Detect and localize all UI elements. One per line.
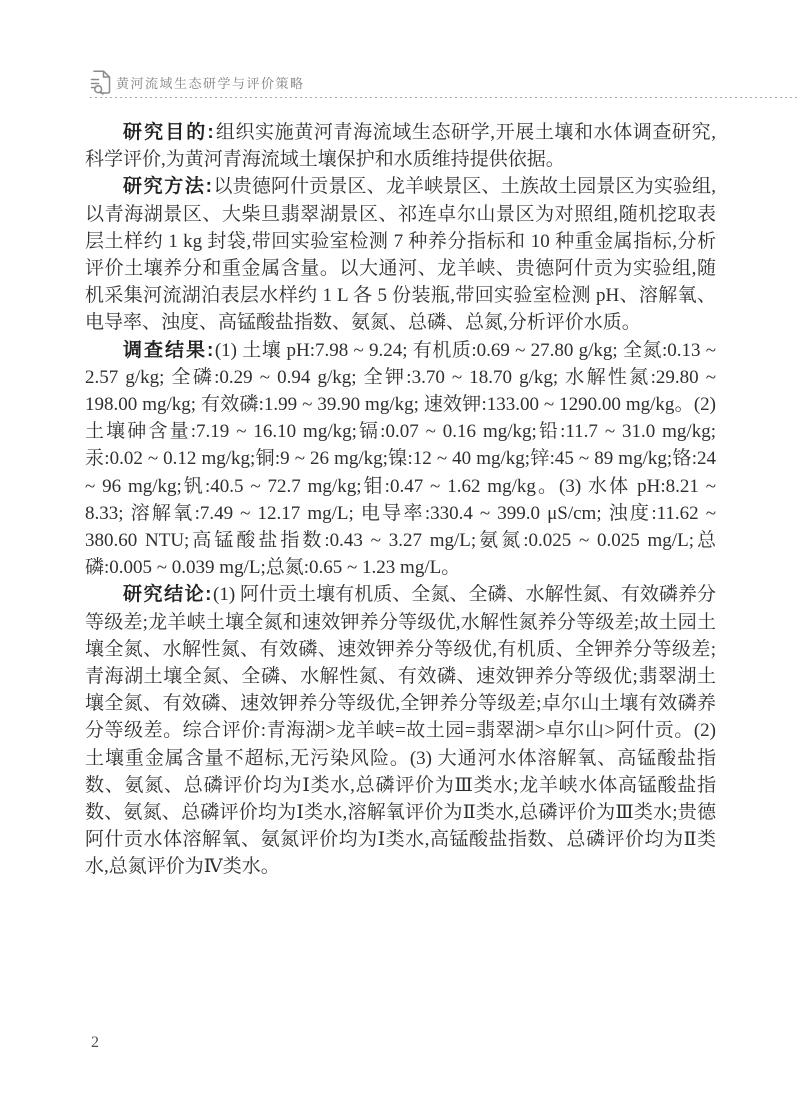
book-page: 黄河流域生态研学与评价策略 研究目的:组织实施黄河青海流域生态研学,开展土壤和水… (0, 0, 799, 1118)
abstract-body: 研究目的:组织实施黄河青海流域生态研学,开展土壤和水体调查研究,科学评价,为黄河… (85, 119, 716, 881)
page-number: 2 (91, 1034, 99, 1052)
paragraph-label: 研究目的: (123, 122, 215, 143)
paragraph-survey-results: 调查结果:(1) 土壤 pH:7.98 ~ 9.24; 有机质:0.69 ~ 2… (85, 337, 716, 582)
paragraph-text: (1) 土壤 pH:7.98 ~ 9.24; 有机质:0.69 ~ 27.80 … (85, 340, 716, 579)
paragraph-label: 研究方法: (123, 176, 213, 197)
paragraph-label: 研究结论: (123, 584, 213, 605)
running-header-title: 黄河流域生态研学与评价策略 (116, 73, 305, 92)
paragraph-research-purpose: 研究目的:组织实施黄河青海流域生态研学,开展土壤和水体调查研究,科学评价,为黄河… (85, 119, 716, 173)
running-header: 黄河流域生态研学与评价策略 (90, 68, 799, 98)
paragraph-text: (1) 阿什贡土壤有机质、全氮、全磷、水解性氮、有效磷养分等级差;龙羊峡土壤全氮… (85, 584, 716, 877)
paragraph-research-conclusion: 研究结论:(1) 阿什贡土壤有机质、全氮、全磷、水解性氮、有效磷养分等级差;龙羊… (85, 581, 716, 880)
paragraph-research-method: 研究方法:以贵德阿什贡景区、龙羊峡景区、土族故土园景区为实验组,以青海湖景区、大… (85, 173, 716, 336)
paragraph-text: 以贵德阿什贡景区、龙羊峡景区、土族故土园景区为实验组,以青海湖景区、大柴旦翡翠湖… (85, 176, 716, 333)
document-search-icon (90, 70, 111, 95)
paragraph-label: 调查结果: (123, 340, 215, 361)
header-dotted-rule (90, 96, 799, 98)
